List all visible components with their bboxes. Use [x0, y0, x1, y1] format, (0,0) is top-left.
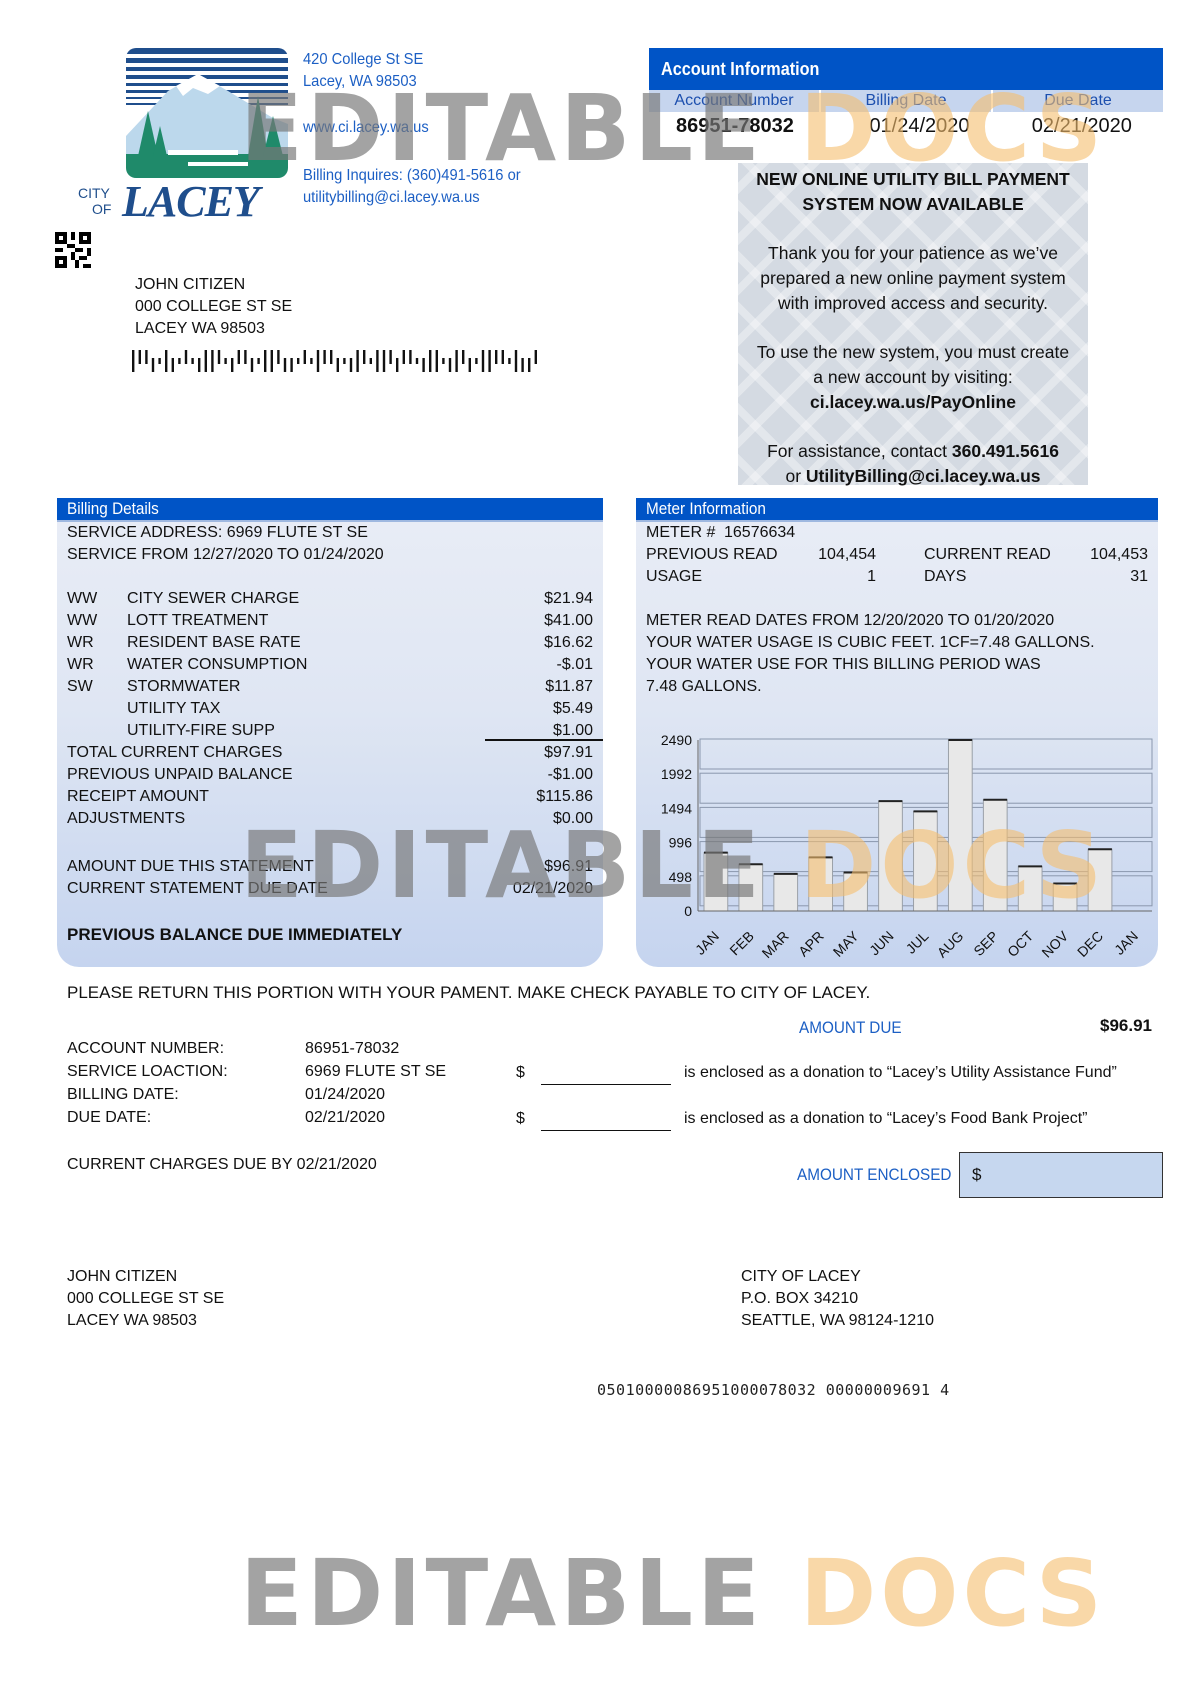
- account-information-panel: Account Information Account Number Billi…: [649, 48, 1163, 140]
- donation2-amount-field[interactable]: [541, 1110, 671, 1131]
- recipient-city: LACEY WA 98503: [135, 318, 292, 340]
- svg-text:1494: 1494: [661, 800, 692, 816]
- charge-code: SW: [67, 676, 93, 698]
- promo-text: a new account by visiting:: [738, 365, 1088, 390]
- promo-text: prepared a new online payment system: [738, 266, 1088, 291]
- total-amount: $115.86: [536, 786, 593, 808]
- meter-note: METER READ DATES FROM 12/20/2020 TO 01/2…: [646, 610, 1054, 632]
- subtotal-rule: [485, 739, 603, 741]
- billing-phone: Billing Inquires: (360)491-5616 or: [303, 165, 521, 187]
- due-date-label: CURRENT STATEMENT DUE DATE: [67, 878, 328, 900]
- promo-title: NEW ONLINE UTILITY BILL PAYMENT: [738, 167, 1088, 192]
- total-label: PREVIOUS UNPAID BALANCE: [67, 764, 293, 786]
- remittance-field-value: 01/24/2020: [305, 1084, 385, 1106]
- header-account-number: Account Number: [649, 90, 821, 112]
- charge-label: STORMWATER: [127, 676, 240, 698]
- service-period: SERVICE FROM 12/27/2020 TO 01/24/2020: [67, 544, 384, 566]
- qr-code-icon: [55, 232, 91, 268]
- charge-row: WWLOTT TREATMENT$41.00: [67, 610, 593, 632]
- total-row: PREVIOUS UNPAID BALANCE-$1.00: [67, 764, 593, 786]
- svg-text:JUL: JUL: [903, 928, 932, 957]
- total-amount: -$1.00: [548, 764, 593, 786]
- svg-text:0: 0: [684, 903, 692, 919]
- billing-inquiries: Billing Inquires: (360)491-5616 or utili…: [303, 165, 540, 209]
- billing-date: 01/24/2020: [838, 112, 1000, 140]
- assist-email[interactable]: UtilityBilling@ci.lacey.wa.us: [806, 466, 1041, 486]
- current-read-label: CURRENT READ: [924, 544, 1051, 566]
- account-information-title: Account Information: [649, 48, 1163, 90]
- remittance-field-value: 02/21/2020: [305, 1107, 385, 1129]
- account-info-headers: Account Number Billing Date Due Date: [649, 90, 1163, 112]
- remittance-field-value: 6969 FLUTE ST SE: [305, 1061, 446, 1083]
- charge-label: RESIDENT BASE RATE: [127, 632, 301, 654]
- remittance-field-label: SERVICE LOACTION:: [67, 1061, 228, 1083]
- charge-row: WRRESIDENT BASE RATE$16.62: [67, 632, 593, 654]
- charge-row: UTILITY TAX$5.49: [67, 698, 593, 720]
- svg-text:SEP: SEP: [970, 928, 1001, 959]
- ocr-scanline: 05010000086951000078032 00000009691 4: [597, 1381, 950, 1399]
- header-due-date: Due Date: [993, 90, 1163, 112]
- total-row: TOTAL CURRENT CHARGES$97.91: [67, 742, 593, 764]
- website-link[interactable]: www.ci.lacey.wa.us: [303, 117, 429, 139]
- remittance-field-label: BILLING DATE:: [67, 1084, 179, 1106]
- svg-text:JAN: JAN: [692, 928, 722, 958]
- water-usage-chart: 0498996149419922490JANFEBMARAPRMAYJUNJUL…: [636, 728, 1158, 967]
- charge-label: WATER CONSUMPTION: [127, 654, 307, 676]
- svg-text:1992: 1992: [661, 766, 692, 782]
- city-address: 420 College St SE Lacey, WA 98503: [303, 49, 434, 93]
- svg-text:2490: 2490: [661, 732, 692, 748]
- amount-due-label-remit: AMOUNT DUE: [799, 1018, 902, 1038]
- billing-email[interactable]: utilitybilling@ci.lacey.wa.us: [303, 187, 521, 209]
- meter-label: METER #: [646, 522, 715, 544]
- current-charges-due: CURRENT CHARGES DUE BY 02/21/2020: [67, 1154, 377, 1176]
- charge-amount: -$.01: [557, 654, 593, 676]
- amount-due-label: AMOUNT DUE THIS STATEMENT: [67, 856, 314, 878]
- due-date-value: 02/21/2020: [513, 878, 593, 900]
- svg-text:498: 498: [669, 869, 693, 885]
- promo-title-2: SYSTEM NOW AVAILABLE: [738, 192, 1088, 217]
- previous-read-label: PREVIOUS READ: [646, 544, 778, 566]
- remittance-field-label: DUE DATE:: [67, 1107, 151, 1129]
- svg-text:OF: OF: [92, 201, 111, 217]
- remittance-field-label: ACCOUNT NUMBER:: [67, 1038, 224, 1060]
- meter-note: YOUR WATER USAGE IS CUBIC FEET. 1CF=7.48…: [646, 632, 1095, 654]
- billing-details-title: Billing Details: [57, 498, 603, 522]
- payee-address: CITY OF LACEY P.O. BOX 34210 SEATTLE, WA…: [741, 1266, 934, 1332]
- charge-label: UTILITY TAX: [127, 698, 220, 720]
- total-amount: $97.91: [544, 742, 593, 764]
- total-amount: $0.00: [553, 808, 593, 830]
- previous-read-value: 104,454: [818, 544, 876, 566]
- postal-barcode: [132, 350, 547, 372]
- amount-due-remit: $96.91: [1100, 1016, 1152, 1036]
- svg-text:LACEY: LACEY: [121, 177, 264, 222]
- assist-phone: 360.491.5616: [952, 441, 1059, 461]
- charge-label: LOTT TREATMENT: [127, 610, 268, 632]
- sender-address: JOHN CITIZEN 000 COLLEGE ST SE LACEY WA …: [67, 1266, 224, 1332]
- charge-amount: $11.87: [545, 676, 593, 698]
- amount-due-value: $96.91: [544, 856, 593, 878]
- meter-information-panel: Meter Information METER # 16576634 PREVI…: [636, 498, 1158, 967]
- charge-amount: $5.49: [553, 698, 593, 720]
- charge-amount: $21.94: [544, 588, 593, 610]
- service-address: SERVICE ADDRESS: 6969 FLUTE ST SE: [67, 522, 368, 544]
- logo-city-text: CITY: [78, 185, 111, 201]
- donation2-text: is enclosed as a donation to “Lacey’s Fo…: [684, 1108, 1088, 1130]
- address-line2: Lacey, WA 98503: [303, 71, 423, 93]
- svg-text:JUN: JUN: [866, 928, 897, 959]
- charge-label: CITY SEWER CHARGE: [127, 588, 299, 610]
- charge-row: WRWATER CONSUMPTION-$.01: [67, 654, 593, 676]
- meter-note: YOUR WATER USE FOR THIS BILLING PERIOD W…: [646, 654, 1041, 676]
- donation1-text: is enclosed as a donation to “Lacey’s Ut…: [684, 1062, 1117, 1084]
- svg-text:996: 996: [669, 835, 693, 851]
- charge-amount: $16.62: [544, 632, 593, 654]
- usage-value: 1: [867, 566, 876, 588]
- svg-text:DEC: DEC: [1074, 928, 1106, 960]
- charge-row: WWCITY SEWER CHARGE$21.94: [67, 588, 593, 610]
- recipient-name: JOHN CITIZEN: [135, 274, 292, 296]
- amount-enclosed-label: AMOUNT ENCLOSED: [797, 1165, 951, 1185]
- assist-or: or: [785, 466, 805, 486]
- total-row: RECEIPT AMOUNT$115.86: [67, 786, 593, 808]
- previous-balance-notice: PREVIOUS BALANCE DUE IMMEDIATELY: [67, 924, 593, 946]
- account-info-values: 86951-78032 01/24/2020 02/21/2020: [649, 112, 1163, 140]
- total-label: RECEIPT AMOUNT: [67, 786, 209, 808]
- promo-assistance-email: or UtilityBilling@ci.lacey.wa.us: [738, 464, 1088, 489]
- svg-text:OCT: OCT: [1004, 927, 1037, 960]
- remittance-instruction: PLEASE RETURN THIS PORTION WITH YOUR PAM…: [67, 982, 870, 1004]
- promo-text: with improved access and security.: [738, 291, 1088, 316]
- promo-text: To use the new system, you must create: [738, 340, 1088, 365]
- sender-city: LACEY WA 98503: [67, 1310, 224, 1332]
- payee-city: SEATTLE, WA 98124-1210: [741, 1310, 934, 1332]
- svg-text:NOV: NOV: [1038, 927, 1071, 960]
- watermark: EDITABLE DOCS: [240, 1540, 1106, 1647]
- total-label: ADJUSTMENTS: [67, 808, 185, 830]
- charge-row: SWSTORMWATER$11.87: [67, 676, 593, 698]
- promo-assistance: For assistance, contact 360.491.5616: [738, 439, 1088, 464]
- pay-online-link[interactable]: ci.lacey.wa.us/PayOnline: [738, 390, 1088, 415]
- charge-amount: $41.00: [544, 610, 593, 632]
- days-value: 31: [1130, 566, 1148, 588]
- charge-code: WW: [67, 610, 97, 632]
- donation1-amount-field[interactable]: [541, 1064, 671, 1085]
- current-read-value: 104,453: [1090, 544, 1148, 566]
- recipient-street: 000 COLLEGE ST SE: [135, 296, 292, 318]
- donation2-currency: $: [516, 1108, 525, 1130]
- svg-text:MAY: MAY: [830, 927, 862, 959]
- usage-label: USAGE: [646, 566, 702, 588]
- billing-details-panel: Billing Details SERVICE ADDRESS: 6969 FL…: [57, 498, 603, 967]
- account-number: 86951-78032: [649, 112, 838, 140]
- address-line1: 420 College St SE: [303, 49, 423, 71]
- payee-name: CITY OF LACEY: [741, 1266, 934, 1288]
- recipient-address: JOHN CITIZEN 000 COLLEGE ST SE LACEY WA …: [135, 274, 292, 340]
- meter-information-title: Meter Information: [636, 498, 1158, 522]
- payee-po-box: P.O. BOX 34210: [741, 1288, 934, 1310]
- svg-text:JAN: JAN: [1111, 928, 1141, 958]
- svg-text:AUG: AUG: [934, 928, 967, 961]
- charge-code: WR: [67, 632, 94, 654]
- assist-text: For assistance, contact: [767, 441, 952, 461]
- amount-enclosed-input[interactable]: $: [959, 1152, 1163, 1198]
- donation1-currency: $: [516, 1062, 525, 1084]
- meter-note: 7.48 GALLONS.: [646, 676, 762, 698]
- svg-text:APR: APR: [795, 928, 827, 960]
- svg-text:FEB: FEB: [726, 928, 757, 959]
- total-label: TOTAL CURRENT CHARGES: [67, 742, 282, 764]
- meter-number: 16576634: [724, 522, 795, 544]
- svg-text:MAR: MAR: [759, 928, 792, 961]
- remittance-field-value: 86951-78032: [305, 1038, 399, 1060]
- sender-name: JOHN CITIZEN: [67, 1266, 224, 1288]
- city-of-lacey-logo: CITY OF LACEY: [58, 46, 290, 222]
- charge-label: UTILITY-FIRE SUPP: [127, 720, 275, 742]
- charge-code: WR: [67, 654, 94, 676]
- header-billing-date: Billing Date: [821, 90, 993, 112]
- total-row: ADJUSTMENTS$0.00: [67, 808, 593, 830]
- days-label: DAYS: [924, 566, 966, 588]
- charge-code: WW: [67, 588, 97, 610]
- due-date: 02/21/2020: [1001, 112, 1163, 140]
- online-payment-announcement: NEW ONLINE UTILITY BILL PAYMENT SYSTEM N…: [738, 163, 1088, 485]
- sender-street: 000 COLLEGE ST SE: [67, 1288, 224, 1310]
- promo-text: Thank you for your patience as we’ve: [738, 241, 1088, 266]
